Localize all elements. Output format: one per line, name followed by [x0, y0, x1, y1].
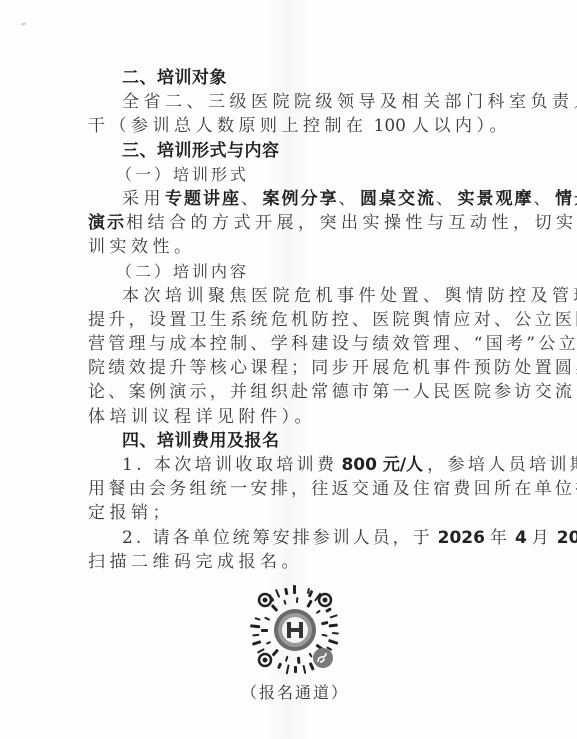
paragraph-line: 全省二、三级医院院级领导及相关部门科室负责人、骨: [88, 90, 504, 114]
paragraph-line: 用餐由会务组统一安排，往返交通及住宿费回所在单位按规: [88, 477, 504, 501]
bold-term: 专题讲座: [165, 189, 241, 209]
text-span: 采用: [122, 189, 165, 209]
paragraph-line: 体培训议程详见附件）。: [88, 405, 504, 429]
document-page: 二、培训对象 全省二、三级医院院级领导及相关部门科室负责人、骨 干（参训总人数原…: [0, 0, 577, 739]
training-fee: 800 元/人: [337, 455, 427, 475]
bold-term: 演示: [88, 213, 126, 233]
section-heading-format-content: 三、培训形式与内容: [88, 139, 504, 163]
paragraph-line: 院绩效提升等核心课程；同步开展危机事件预防处置圆桌讨: [88, 356, 504, 380]
text-span: 年: [490, 528, 510, 548]
text-span: 相结合的方式开展，突出实操性与互动性，切实提升培: [126, 213, 577, 233]
subsection-heading-format: （一）培训形式: [88, 163, 504, 187]
deadline-day: 20: [552, 528, 577, 548]
paragraph-line: 营管理与成本控制、学科建设与绩效管理、“国考”公立医: [88, 332, 504, 356]
paragraph-line: 扫描二维码完成报名。: [88, 550, 504, 574]
paragraph-line: 演示相结合的方式开展，突出实操性与互动性，切实提升培: [88, 211, 504, 235]
text-span: 、: [241, 189, 263, 209]
text-span: 人以内）。: [412, 116, 511, 136]
registration-deadline-line: 2. 请各单位统筹安排参训人员，于2026年4月20日前: [88, 526, 504, 550]
paragraph-line: 本次培训聚焦医院危机事件处置、舆情防控及管理能力: [88, 284, 504, 308]
text-span: 干（参训总人数原则上控制在: [88, 116, 368, 136]
paragraph-line: 采用专题讲座、案例分享、圆桌交流、实景观摩、情景: [88, 187, 504, 211]
qr-caption: （报名通道）: [240, 680, 350, 703]
registration-qr-code[interactable]: [247, 582, 343, 678]
subsection-heading-content: （二）培训内容: [88, 260, 504, 284]
paragraph-line: 论、案例演示，并组织赴常德市第一人民医院参访交流（具: [88, 380, 504, 404]
section-heading-training-target: 二、培训对象: [88, 66, 504, 90]
bold-term: 圆桌交流: [360, 189, 436, 209]
text-span: 2. 请各单位统筹安排参训人员，于: [122, 528, 433, 548]
deadline-year: 2026: [433, 528, 490, 548]
deadline-month: 4: [510, 528, 532, 548]
document-body: 二、培训对象 全省二、三级医院院级领导及相关部门科室负责人、骨 干（参训总人数原…: [88, 66, 504, 574]
text-span: 、: [534, 189, 556, 209]
bold-term: 实景观摩: [458, 189, 534, 209]
paragraph-line: 训实效性。: [88, 235, 504, 259]
text-span: 、: [339, 189, 361, 209]
section-heading-fees-registration: 四、培训费用及报名: [88, 429, 504, 453]
paragraph-line: 提升，设置卫生系统危机防控、医院舆情应对、公立医院运: [88, 308, 504, 332]
text-span: ，参培人员培训期间: [427, 455, 577, 475]
text-span: 、: [436, 189, 458, 209]
paragraph-line: 定报销；: [88, 501, 504, 525]
bold-term: 情景: [555, 189, 577, 209]
paragraph-line: 干（参训总人数原则上控制在100人以内）。: [88, 114, 504, 138]
text-span: 月: [532, 528, 552, 548]
text-span: 1. 本次培训收取培训费: [122, 455, 337, 475]
scan-speck: [21, 22, 26, 25]
mini-program-qr-code-icon: [247, 582, 343, 678]
participant-limit-number: 100: [368, 116, 412, 136]
fee-item-line: 1. 本次培训收取培训费800 元/人，参培人员培训期间: [88, 453, 504, 477]
bold-term: 案例分享: [263, 189, 339, 209]
